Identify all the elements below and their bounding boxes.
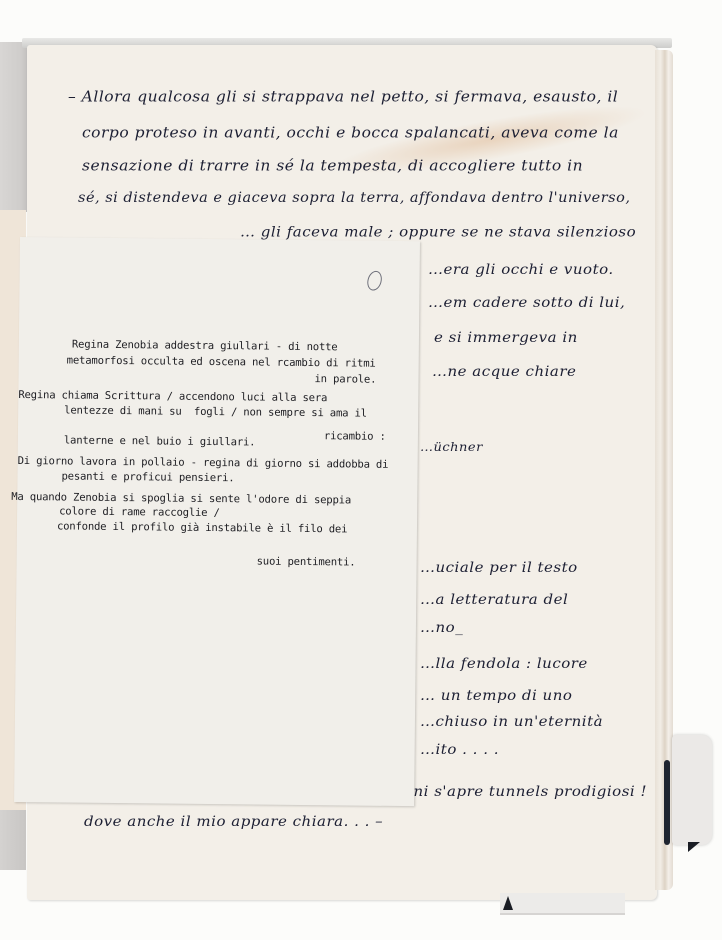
binding-shadow-bottom xyxy=(0,810,26,870)
handwritten-line: corpo proteso in avanti, occhi e bocca s… xyxy=(82,124,619,141)
circled-mark xyxy=(365,269,384,292)
handwritten-line: …no_ xyxy=(420,618,463,635)
typed-line: lanterne e nel buio i giullari. xyxy=(64,434,256,448)
binding-shadow xyxy=(0,42,30,212)
handwritten-line: …ni s'apre tunnels prodigiosi ! xyxy=(398,782,647,799)
handwritten-line: …lla fendola : lucore xyxy=(420,654,588,671)
typed-line: Regina Zenobia addestra giullari - di no… xyxy=(72,339,338,354)
scanned-notebook-page: – Allora qualcosa gli si strappava nel p… xyxy=(0,0,722,940)
handwritten-line: …chiuso in un'eternità xyxy=(420,712,603,729)
bottom-tab-corner xyxy=(503,896,513,910)
pasted-typed-sheet: Regina Zenobia addestra giullari - di no… xyxy=(14,237,420,806)
handwritten-line: …ito . . . . xyxy=(420,740,499,757)
handwritten-line: …ne acque chiare xyxy=(432,362,576,379)
binder-clip-bar xyxy=(664,760,670,845)
handwritten-line: …era gli occhi e vuoto. xyxy=(428,260,614,277)
typed-line: ricambio : xyxy=(324,430,386,443)
handwritten-line: …üchner xyxy=(420,440,483,454)
handwritten-line: …em cadere sotto di lui, xyxy=(428,293,625,310)
typed-line: metamorfosi occulta ed oscena nel rcambi… xyxy=(67,354,376,369)
handwritten-line: …uciale per il testo xyxy=(420,558,578,575)
handwritten-line: e si immergeva in xyxy=(434,328,578,345)
typed-line: confonde il profilo già instabile è il f… xyxy=(57,520,347,535)
typed-line: Ma quando Zenobia si spoglia si sente l'… xyxy=(11,491,351,507)
typed-line: pesanti e proficui pensieri. xyxy=(61,470,234,484)
handwritten-line: …a letteratura del xyxy=(420,590,568,607)
handwritten-line: dove anche il mio appare chiara. . . – xyxy=(84,812,383,829)
handwritten-line: … un tempo di uno xyxy=(420,686,572,703)
typed-line: Regina chiama Scrittura / accendono luci… xyxy=(18,389,327,404)
clip-corner xyxy=(688,842,700,852)
handwritten-line: sensazione di trarre in sé la tempesta, … xyxy=(82,157,583,174)
typed-line: in parole. xyxy=(314,373,376,386)
handwritten-line: … gli faceva male ; oppure se ne stava s… xyxy=(240,223,636,240)
binder-clip xyxy=(672,735,712,845)
handwritten-line: sé, si distendeva e giaceva sopra la ter… xyxy=(78,190,630,205)
handwritten-line: – Allora qualcosa gli si strappava nel p… xyxy=(68,88,618,105)
typed-line: Di giorno lavora in pollaio - regina di … xyxy=(18,455,389,471)
bottom-tab xyxy=(500,893,625,915)
typed-line: lentezze di mani su fogli / non sempre s… xyxy=(64,404,367,419)
typed-line: colore di rame raccoglie / xyxy=(59,505,220,519)
typed-line: suoi pentimenti. xyxy=(257,555,356,568)
